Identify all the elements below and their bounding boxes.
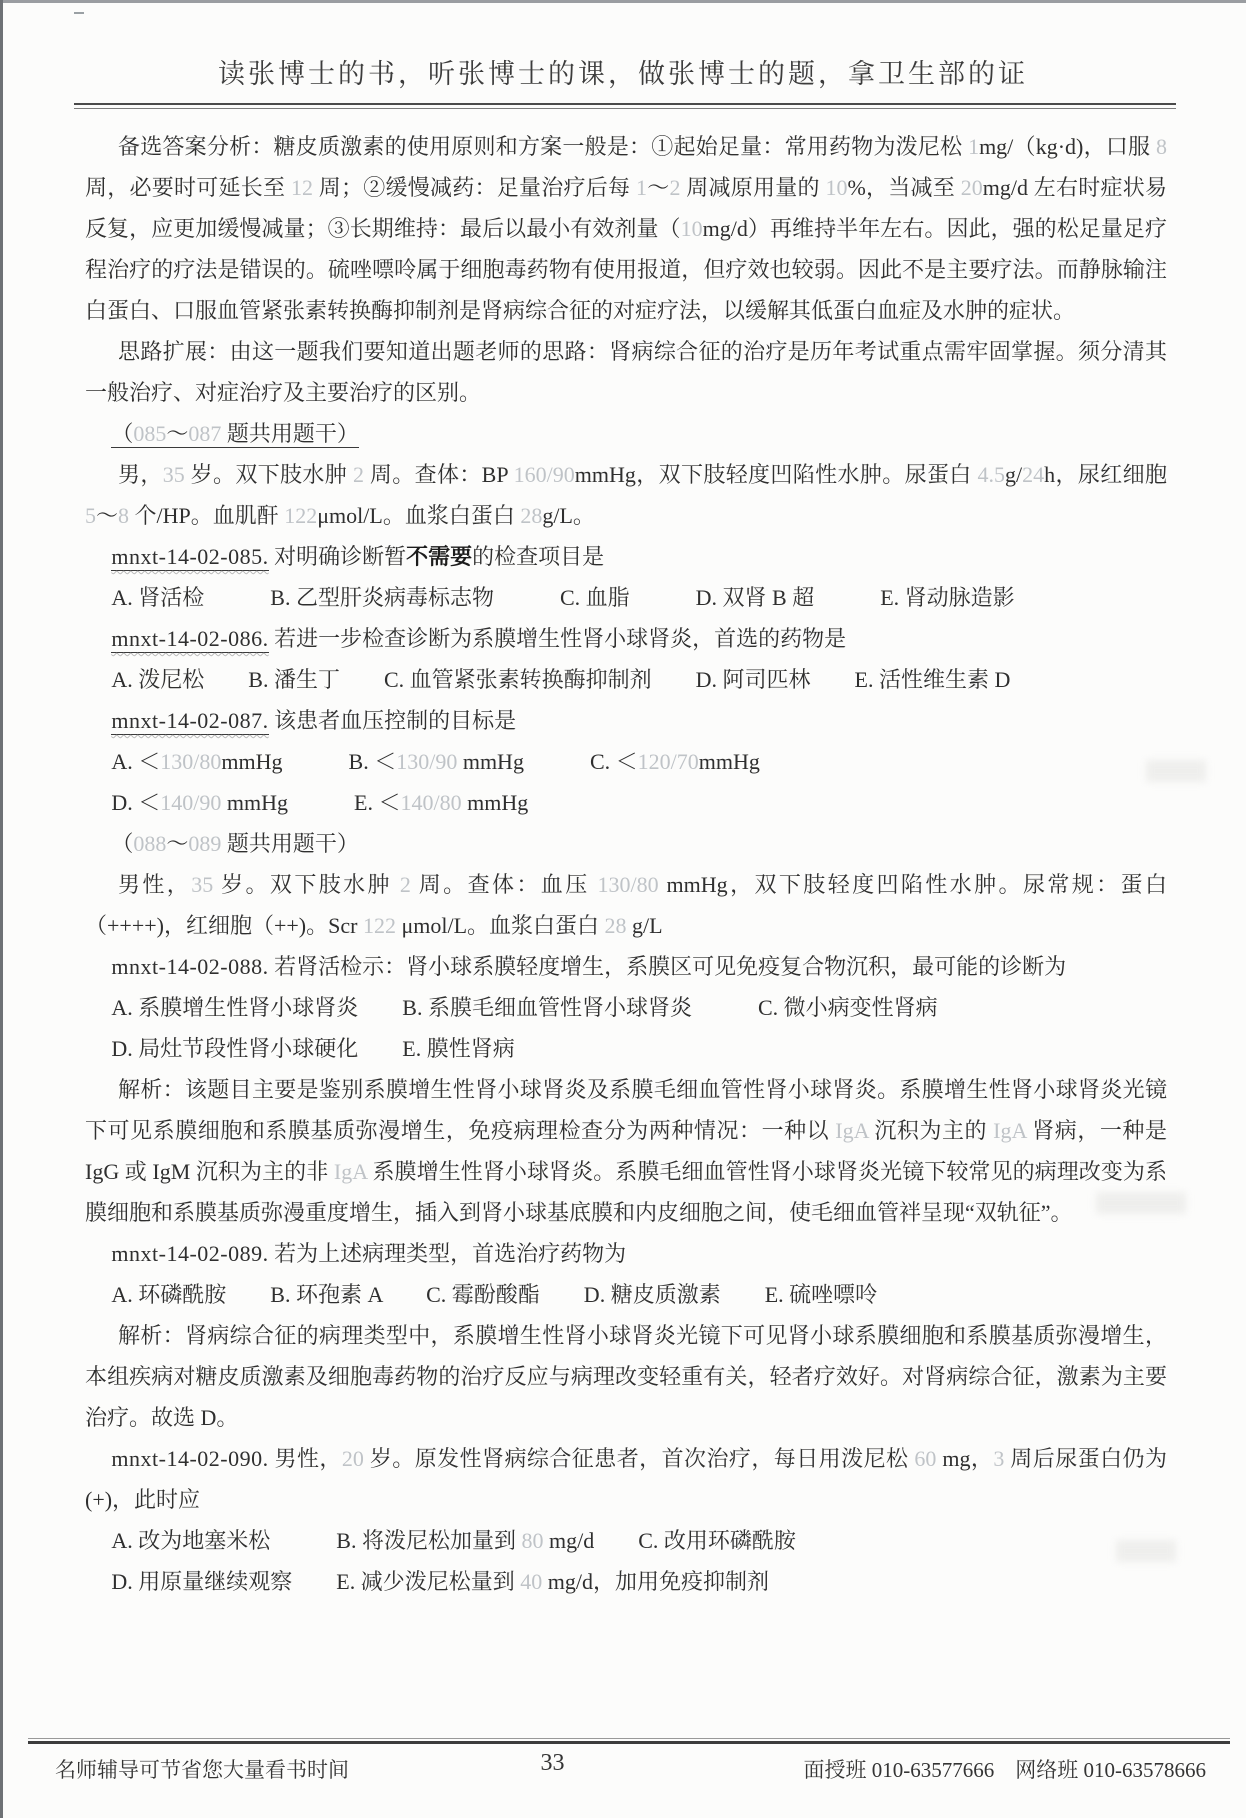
text-segment: mmHg B. ＜ <box>221 749 396 774</box>
text-segment: 个/HP。血肌酐 <box>129 503 284 528</box>
text-segment: 对明确诊断暂 <box>269 544 407 569</box>
options-088-row1: A. 系膜增生性肾小球肾炎 B. 系膜毛细血管性肾小球肾炎 C. 微小病变性肾病 <box>85 987 1167 1028</box>
scan-artifact <box>74 12 84 14</box>
case-stem-088-089: 男性，35 岁。双下肢水肿 2 周。查体：血压 130/80 mmHg，双下肢轻… <box>85 864 1167 946</box>
header-rule <box>74 103 1176 105</box>
text-segment: 130/80 <box>160 749 221 774</box>
text-segment: 24 <box>1022 462 1044 487</box>
footer-rule <box>28 1741 1230 1744</box>
text-segment: mmHg，双下肢轻度凹陷性水肿。尿蛋白 <box>575 462 978 487</box>
options-087-row1: A. ＜130/80mmHg B. ＜130/90 mmHg C. ＜120/7… <box>85 741 1167 782</box>
text-segment: 088 <box>133 831 166 856</box>
text-segment: D. 局灶节段性肾小球硬化 E. 膜性肾病 <box>111 1036 514 1061</box>
scan-edge-top <box>0 0 1246 3</box>
text-segment: IgA <box>835 1118 868 1143</box>
text-segment: mg/d C. 改用环磷酰胺 <box>543 1528 795 1553</box>
page-body: 备选答案分析：糖皮质激素的使用原则和方案一般是：①起始足量：常用药物为泼尼松 1… <box>85 126 1167 1602</box>
text-segment: 不需要 <box>406 544 472 569</box>
text-segment: g/L <box>627 913 663 938</box>
text-segment: 3 <box>993 1446 1004 1471</box>
question-id: mnxt-14-02-085. <box>111 544 268 571</box>
text-segment: 解析：肾病综合征的病理类型中，系膜增生性肾小球肾炎光镜下可见肾小球系膜细胞和系膜… <box>85 1323 1167 1430</box>
text-segment: A. ＜ <box>111 749 160 774</box>
footer-rule-thin <box>28 1738 1230 1739</box>
text-segment: 思路扩展：由这一题我们要知道出题老师的思路：肾病综合征的治疗是历年考试重点需牢固… <box>85 339 1167 405</box>
text-segment: mmHg <box>462 790 529 815</box>
text-segment: 40 <box>520 1569 542 1594</box>
text-segment: 087 <box>188 421 221 448</box>
footer-contact: 面授班 010-63577666 网络班 010-63578666 <box>804 1754 1207 1784</box>
text-segment: 122 <box>284 503 317 528</box>
text-segment: 140/80 <box>400 790 461 815</box>
text-segment: 085 <box>133 421 166 448</box>
text-segment: 120/70 <box>638 749 699 774</box>
text-segment: 2 <box>669 175 680 200</box>
text-segment: 若为上述病理类型，首选治疗药物为 <box>269 1241 627 1266</box>
text-segment: IgA <box>334 1159 367 1184</box>
text-segment: 35 <box>191 872 213 897</box>
text-segment: 该患者血压控制的目标是 <box>269 708 517 733</box>
text-segment: 5 <box>85 503 96 528</box>
text-segment: mg， <box>936 1446 993 1471</box>
analysis-paragraph-084: 备选答案分析：糖皮质激素的使用原则和方案一般是：①起始足量：常用药物为泼尼松 1… <box>85 126 1167 331</box>
text-segment: 130/80 <box>598 872 659 897</box>
scan-artifact <box>1096 1192 1186 1214</box>
text-segment: （ <box>111 831 133 856</box>
text-segment: 2 <box>400 872 411 897</box>
options-086: A. 泼尼松 B. 潘生丁 C. 血管紧张素转换酶抑制剂 D. 阿司匹林 E. … <box>85 659 1167 700</box>
options-090-row1: A. 改为地塞米松 B. 将泼尼松加量到 80 mg/d C. 改用环磷酰胺 <box>85 1520 1167 1561</box>
text-segment: mmHg C. ＜ <box>457 749 637 774</box>
footer-note: 名师辅导可节省您大量看书时间 <box>55 1754 349 1784</box>
text-segment: ～ <box>96 503 118 528</box>
text-segment: 岁。双下肢水肿 <box>213 872 400 897</box>
text-segment: 089 <box>188 831 221 856</box>
question-id: mnxt-14-02-089. <box>111 1241 268 1266</box>
options-089: A. 环磷酰胺 B. 环孢素 A C. 霉酚酸酯 D. 糖皮质激素 E. 硫唑嘌… <box>85 1274 1167 1315</box>
text-segment: 2 <box>353 462 364 487</box>
text-segment: IgA <box>993 1118 1026 1143</box>
text-segment: 35 <box>163 462 185 487</box>
text-segment: 4.5 <box>978 462 1006 487</box>
text-segment: 沉积为主的 <box>868 1118 993 1143</box>
text-segment: 10 <box>681 216 703 241</box>
shared-stem-heading-085-087: （085～087 题共用题干） <box>85 413 1167 454</box>
text-segment: 周减原用量的 <box>680 175 825 200</box>
text-segment: 岁。双下肢水肿 <box>185 462 353 487</box>
text-segment: %，当减至 <box>847 175 960 200</box>
text-segment: 题共用题干） <box>221 421 359 448</box>
shared-stem-heading-088-089: （088～089 题共用题干） <box>85 823 1167 864</box>
text-segment: 8 <box>1156 134 1167 159</box>
question-id: mnxt-14-02-087. <box>111 708 268 735</box>
options-090-row2: D. 用原量继续观察 E. 减少泼尼松量到 40 mg/d，加用免疫抑制剂 <box>85 1561 1167 1602</box>
text-segment: A. 改为地塞米松 B. 将泼尼松加量到 <box>111 1528 521 1553</box>
text-segment: 备选答案分析：糖皮质激素的使用原则和方案一般是：①起始足量：常用药物为泼尼松 <box>118 134 968 159</box>
text-segment: 122 <box>363 913 396 938</box>
question-089: mnxt-14-02-089. 若为上述病理类型，首选治疗药物为 <box>85 1233 1167 1274</box>
text-segment: 男性， <box>269 1446 342 1471</box>
text-segment: D. 用原量继续观察 E. 减少泼尼松量到 <box>111 1569 520 1594</box>
options-087-row2: D. ＜140/90 mmHg E. ＜140/80 mmHg <box>85 782 1167 823</box>
analysis-paragraph-089: 解析：肾病综合征的病理类型中，系膜增生性肾小球肾炎光镜下可见肾小球系膜细胞和系膜… <box>85 1315 1167 1438</box>
scan-edge-left <box>0 0 3 1818</box>
text-segment: 岁。原发性肾病综合征患者，首次治疗，每日用泼尼松 <box>364 1446 915 1471</box>
text-segment: （ <box>111 421 133 448</box>
question-id: mnxt-14-02-090. <box>111 1446 268 1471</box>
text-segment: ～ <box>647 175 670 200</box>
text-segment: 1 <box>636 175 647 200</box>
text-segment: 周。查体：血压 <box>411 872 598 897</box>
text-segment: 题共用题干） <box>221 831 359 856</box>
question-087: mnxt-14-02-087. 该患者血压控制的目标是 <box>85 700 1167 741</box>
question-086: mnxt-14-02-086. 若进一步检查诊断为系膜增生性肾小球肾炎，首选的药… <box>85 618 1167 659</box>
text-segment: 的检查项目是 <box>472 544 604 569</box>
text-segment: h，尿红细胞 <box>1044 462 1172 487</box>
page-footer: 名师辅导可节省您大量看书时间 33 面授班 010-63577666 网络班 0… <box>55 1750 1206 1790</box>
header-rule-thin <box>74 108 1176 109</box>
options-088-row2: D. 局灶节段性肾小球硬化 E. 膜性肾病 <box>85 1028 1167 1069</box>
text-segment: 周；②缓慢减药：足量治疗后每 <box>313 175 636 200</box>
text-segment: 20 <box>342 1446 364 1471</box>
text-segment: 160/90 <box>514 462 575 487</box>
question-id: mnxt-14-02-088. <box>111 954 268 979</box>
text-segment: mmHg <box>699 749 760 774</box>
page-header-slogan: 读张博士的书，听张博士的课，做张博士的题，拿卫生部的证 <box>40 52 1206 91</box>
text-segment: 140/90 <box>160 790 221 815</box>
text-segment: mmHg E. ＜ <box>221 790 400 815</box>
text-segment: g/L。 <box>542 503 595 528</box>
text-segment: 80 <box>521 1528 543 1553</box>
question-088: mnxt-14-02-088. 若肾活检示：肾小球系膜轻度增生，系膜区可见免疫复… <box>85 946 1167 987</box>
text-segment: 男性， <box>118 872 191 897</box>
analysis-paragraph-088: 解析：该题目主要是鉴别系膜增生性肾小球肾炎及系膜毛细血管性肾小球肾炎。系膜增生性… <box>85 1069 1167 1233</box>
text-segment: 周。查体：BP <box>364 462 514 487</box>
text-segment: 28 <box>520 503 542 528</box>
text-segment: 8 <box>118 503 129 528</box>
text-segment: 28 <box>605 913 627 938</box>
text-segment: mg/d，加用免疫抑制剂 <box>542 1569 769 1594</box>
text-segment: 130/90 <box>396 749 457 774</box>
text-segment: A. 系膜增生性肾小球肾炎 B. 系膜毛细血管性肾小球肾炎 C. 微小病变性肾病 <box>111 995 937 1020</box>
scanned-book-page: 读张博士的书，听张博士的课，做张博士的题，拿卫生部的证 备选答案分析：糖皮质激素… <box>0 0 1246 1818</box>
text-segment: A. 肾活检 B. 乙型肝炎病毒标志物 C. 血脂 D. 双肾 B 超 E. 肾… <box>111 585 1014 610</box>
question-090: mnxt-14-02-090. 男性，20 岁。原发性肾病综合征患者，首次治疗，… <box>85 1438 1167 1520</box>
text-segment: 60 <box>914 1446 936 1471</box>
question-id: mnxt-14-02-086. <box>111 626 268 653</box>
text-segment: D. ＜ <box>111 790 160 815</box>
text-segment: μmol/L。血浆白蛋白 <box>396 913 605 938</box>
page-number: 33 <box>541 1750 565 1777</box>
case-stem-085-087: 男，35 岁。双下肢水肿 2 周。查体：BP 160/90mmHg，双下肢轻度凹… <box>85 454 1167 536</box>
text-segment: ～ <box>166 831 188 856</box>
text-segment: 1 <box>968 134 979 159</box>
options-085: A. 肾活检 B. 乙型肝炎病毒标志物 C. 血脂 D. 双肾 B 超 E. 肾… <box>85 577 1167 618</box>
scan-artifact <box>1116 1540 1176 1562</box>
text-segment: 10 <box>825 175 847 200</box>
text-segment: mg/（kg·d)，口服 <box>979 134 1156 159</box>
text-segment: A. 环磷酰胺 B. 环孢素 A C. 霉酚酸酯 D. 糖皮质激素 E. 硫唑嘌… <box>111 1282 877 1307</box>
text-segment: A. 泼尼松 B. 潘生丁 C. 血管紧张素转换酶抑制剂 D. 阿司匹林 E. … <box>111 667 1010 692</box>
scan-artifact <box>1146 760 1206 782</box>
thinking-expansion-paragraph: 思路扩展：由这一题我们要知道出题老师的思路：肾病综合征的治疗是历年考试重点需牢固… <box>85 331 1167 413</box>
text-segment: g/ <box>1005 462 1022 487</box>
question-085: mnxt-14-02-085. 对明确诊断暂不需要的检查项目是 <box>85 536 1167 577</box>
text-segment: 20 <box>961 175 983 200</box>
text-segment: ～ <box>166 421 188 448</box>
text-segment: 12 <box>291 175 313 200</box>
text-segment: μmol/L。血浆白蛋白 <box>317 503 520 528</box>
text-segment: 若进一步检查诊断为系膜增生性肾小球肾炎，首选的药物是 <box>269 626 847 651</box>
text-segment: 男， <box>118 462 163 487</box>
text-segment: 若肾活检示：肾小球系膜轻度增生，系膜区可见免疫复合物沉积，最可能的诊断为 <box>269 954 1067 979</box>
